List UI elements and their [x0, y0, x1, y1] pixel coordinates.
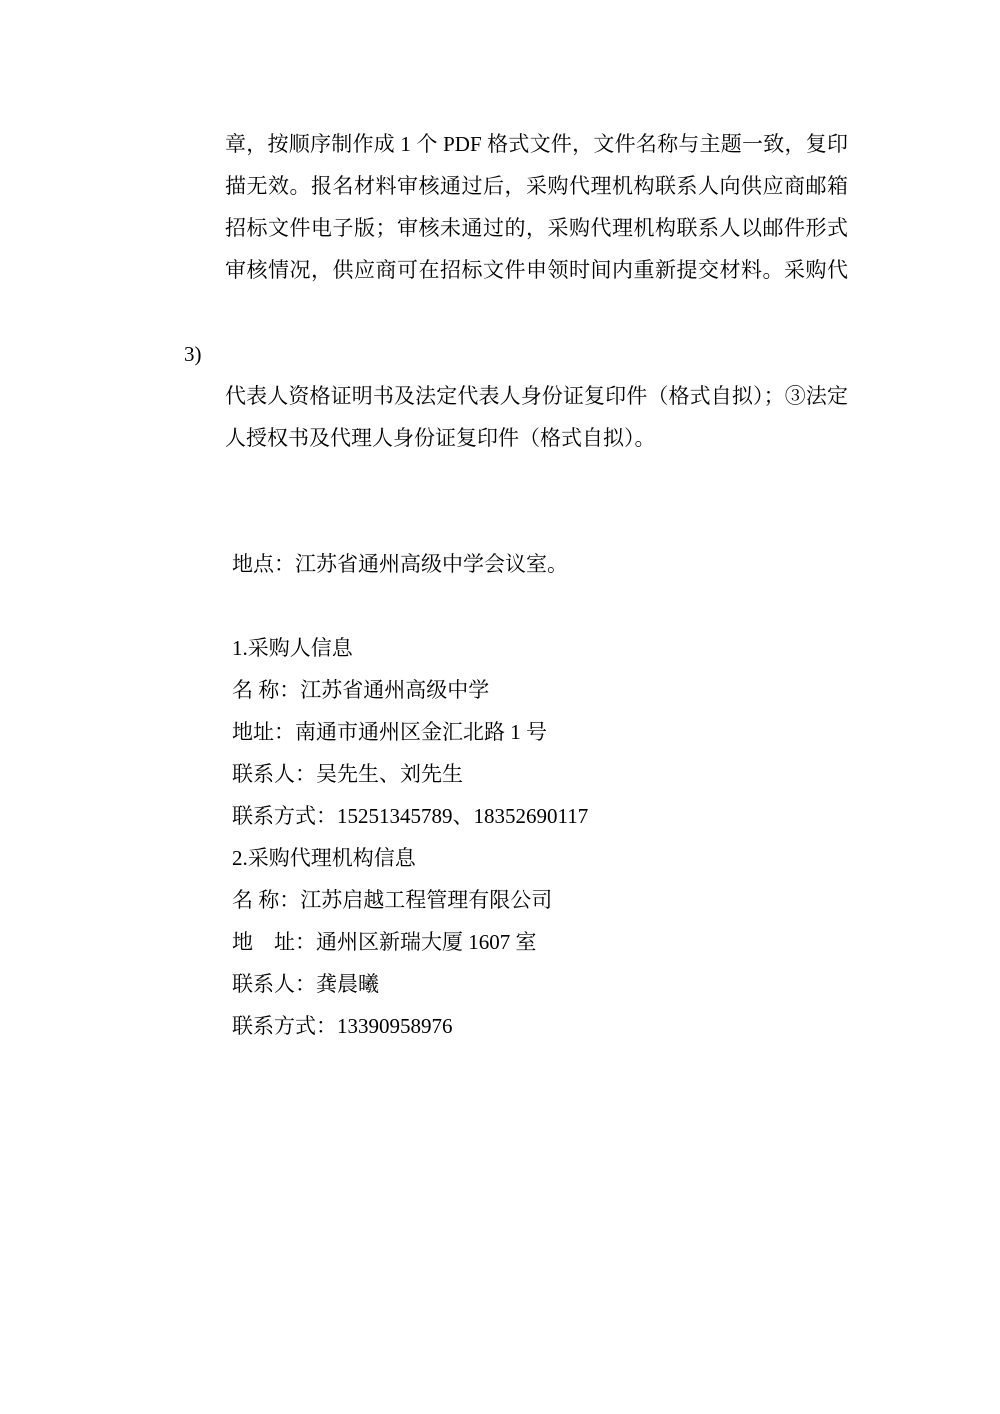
document-page: 章，按顺序制作成 1 个 PDF 格式文件，文件名称与主题一致，复印件扫 描无效… [0, 0, 1000, 1414]
purchaser-phone-line: 联系方式：15251345789、18352690117 [0, 795, 1000, 837]
paragraph-line: 招标文件电子版；审核未通过的，采购代理机构联系人以邮件形式回复 [0, 207, 848, 249]
bid-location-line: 地点：江苏省通州高级中学会议室。 [0, 543, 1000, 585]
item-3-marker: 3) [184, 333, 202, 375]
paragraph-line: 审核情况，供应商可在招标文件申领时间内重新提交材料。采购代理机 [0, 249, 848, 291]
purchaser-contact-line: 联系人：吴先生、刘先生 [0, 753, 1000, 795]
bid-time-line: 时间：2026 年 4 月 22 日 14 时 00 分。 [0, 501, 1000, 543]
paragraph-line: 描无效。报名材料审核通过后，采购代理机构联系人向供应商邮箱发送 [0, 165, 848, 207]
item-3-line: 人授权书及代理人身份证复印件（格式自拟）。 [0, 417, 1000, 459]
purchaser-info-heading: 1.采购人信息 [0, 627, 1000, 669]
agency-phone-line: 联系方式：13390958976 [0, 1005, 1000, 1047]
agency-email-line: 构邮箱：1547364728@qq.com。 [0, 291, 1000, 333]
purchaser-name-line: 名 称：江苏省通州高级中学 [0, 669, 1000, 711]
agency-address-line: 地 址：通州区新瑞大厦 1607 室 [0, 921, 1000, 963]
paragraph-line: 章，按顺序制作成 1 个 PDF 格式文件，文件名称与主题一致，复印件扫 [0, 123, 848, 165]
document-content: 章，按顺序制作成 1 个 PDF 格式文件，文件名称与主题一致，复印件扫 描无效… [0, 123, 1000, 1047]
item-3-line: 3)申领招标文件时需提供以下资料：①营业执照复印件加盖公章；②法定 [0, 333, 848, 375]
agency-name-line: 名 称：江苏启越工程管理有限公司 [0, 879, 1000, 921]
purchaser-address-line: 地址：南通市通州区金汇北路 1 号 [0, 711, 1000, 753]
section-5-heading: 五、对本次招标提出询问，请按以下方式联系 [0, 585, 1000, 627]
agency-contact-line: 联系人：龚晨曦 [0, 963, 1000, 1005]
section-4-heading: 四、提交投标文件截止时间、开标时间和地点 [0, 459, 1000, 501]
agency-info-heading: 2.采购代理机构信息 [0, 837, 1000, 879]
item-3-line: 代表人资格证明书及法定代表人身份证复印件（格式自拟）；③法定代表 [0, 375, 848, 417]
